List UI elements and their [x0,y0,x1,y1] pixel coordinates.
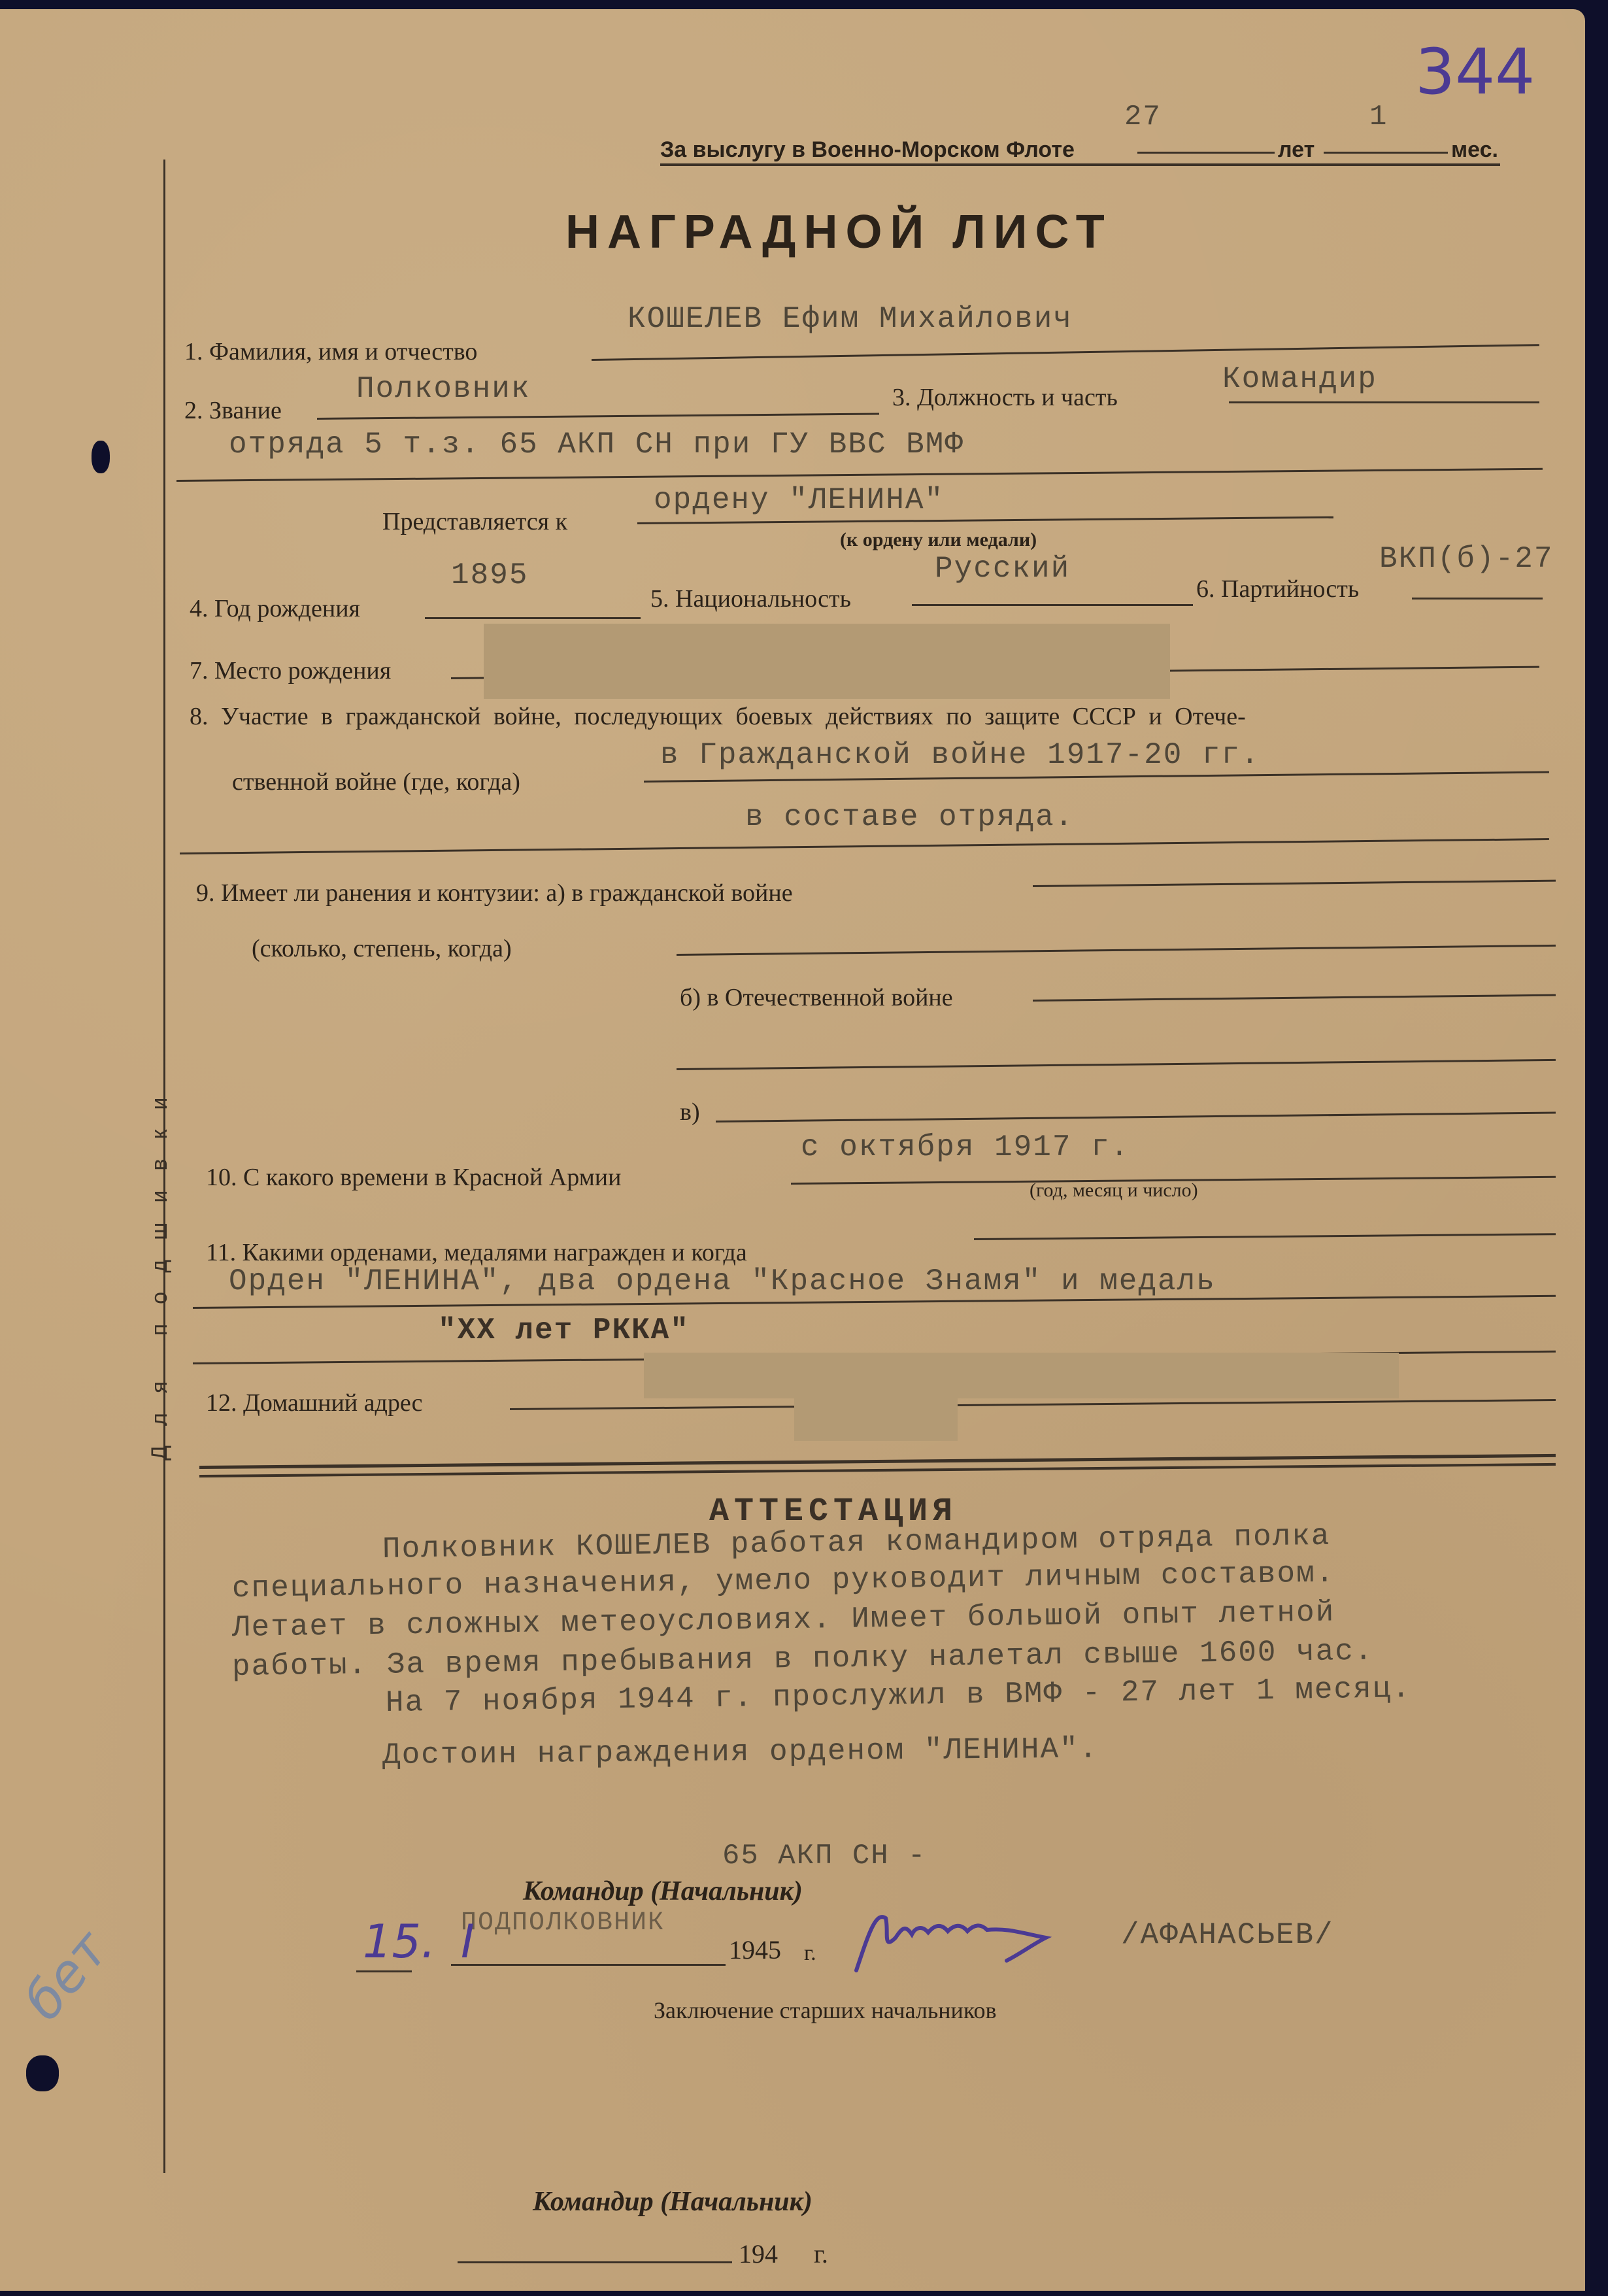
nomination-line [637,516,1333,524]
field-10-label: 10. С какого времени в Красной Армии [206,1163,621,1192]
field-9v-label: в) [680,1098,700,1126]
date-day-line [356,1970,412,1972]
field-5-value: Русский [935,552,1070,586]
signature-date-day: 15. [363,1915,435,1968]
handwritten-signature [850,1892,1111,1977]
service-months-value: 1 [1369,101,1388,133]
field-11-label: 11. Какими орденами, медалями награжден … [206,1238,747,1267]
redaction-address-2 [794,1395,958,1441]
field-10-hint: (год, месяц и число) [1030,1179,1198,1202]
signer-name: /АФАНАСЬЕВ/ [1121,1918,1334,1952]
margin-pencil-note: бет [12,1919,120,2031]
signer-role-label: Командир (Начальник) [523,1876,803,1907]
field-6-value: ВКП(б)-27 [1379,542,1553,576]
field-1-label: 1. Фамилия, имя и отчество [184,337,477,366]
field-8-label-line2: ственной войне (где, когда) [232,768,520,796]
service-months-line [1324,152,1448,154]
field-1-value: КОШЕЛЕВ Ефим Михайлович [628,302,1073,336]
signature-date-year: 1945 [729,1934,781,1965]
attestation-conclusion: Достоин награждения орденом "ЛЕНИНА". [382,1732,1099,1772]
field-11-value-line1: Орден "ЛЕНИНА", два ордена "Красное Знам… [229,1264,1216,1298]
field-11-line [974,1233,1556,1240]
field-9-hint: (сколько, степень, когда) [252,934,512,963]
date-month-line [451,1964,726,1966]
field-12-label: 12. Домашний адрес [206,1389,423,1417]
senior-date-line [458,2261,732,2263]
field-2-line [317,413,879,420]
field-4-line [425,617,641,619]
field-5-label: 5. Национальность [650,584,851,613]
unit-stamp: 65 АКП СН - [722,1840,926,1872]
field-4-value: 1895 [451,558,528,592]
field-9b-line2 [677,1059,1556,1070]
field-9v-line [716,1112,1556,1123]
signature-date-month: I [461,1915,475,1968]
signer-rank-stamp: ПОДПОЛКОВНИК [461,1908,665,1938]
field-4-label: 4. Год рождения [190,594,360,623]
field-6-label: 6. Партийность [1196,575,1359,603]
field-9a-line [1033,880,1556,887]
field-12-line [510,1399,1556,1410]
redaction-birthplace [484,624,1170,699]
field-8-line2 [180,838,1549,854]
field-8-value-line2: в составе отряда. [745,800,1074,834]
punch-hole-top [92,441,110,473]
field-3-line [1229,401,1539,403]
punch-hole-bottom [26,2055,59,2091]
field-5-line [912,604,1193,606]
page-title: НАГРАДНОЙ ЛИСТ [565,205,1113,259]
archive-page-number: 344 [1415,35,1535,109]
field-3-line2 [176,468,1543,482]
service-months-unit: мес. [1451,137,1498,163]
field-2-label: 2. Звание [184,396,282,425]
field-1-line [592,344,1539,361]
field-11-value-line2: "XX лет РККА" [438,1313,690,1347]
nomination-label: Представляется к [382,507,567,536]
field-3-label: 3. Должность и часть [892,383,1118,412]
nomination-value: ордену "ЛЕНИНА" [654,483,944,517]
service-years-line [1137,152,1275,154]
senior-conclusion-heading: Заключение старших начальников [654,1997,996,2024]
field-7-label: 7. Место рождения [190,656,391,685]
nomination-hint: (к ордену или медали) [840,529,1037,551]
field-8-label-line1: 8. Участие в гражданской войне, последую… [190,702,1246,731]
field-3-value-line2: отряда 5 т.з. 65 АКП СН при ГУ ВВС ВМФ [229,428,964,462]
field-9b-label: б) в Отечественной войне [680,983,953,1012]
award-sheet-page: 344 За выслугу в Военно-Морском Флоте 27… [0,9,1585,2291]
senior-year-prefix: 194 [739,2238,778,2269]
service-years-unit: лет [1278,137,1315,163]
signature-year-suffix: г. [804,1941,816,1966]
field-10-value: с октября 1917 г. [801,1130,1130,1164]
field-8-line1 [644,771,1549,783]
senior-year-suffix: г. [814,2238,828,2269]
service-header-underline [660,163,1500,166]
field-9b-line [1033,994,1556,1002]
service-years-value: 27 [1124,101,1162,133]
field-2-value: Полковник [356,372,530,406]
field-6-line [1412,598,1543,599]
field-9-label: 9. Имеет ли ранения и контузии: а) в гра… [196,879,793,907]
field-9a-line2 [677,945,1556,956]
binding-margin-label: Для подшивки [147,990,173,1460]
field-3-value: Командир [1222,362,1377,396]
senior-role-label: Командир (Начальник) [533,2186,812,2218]
service-length-label: За выслугу в Военно-Морском Флоте [660,137,1075,163]
redaction-address [644,1353,1399,1398]
field-8-value-line1: в Гражданской войне 1917-20 гг. [660,738,1260,772]
